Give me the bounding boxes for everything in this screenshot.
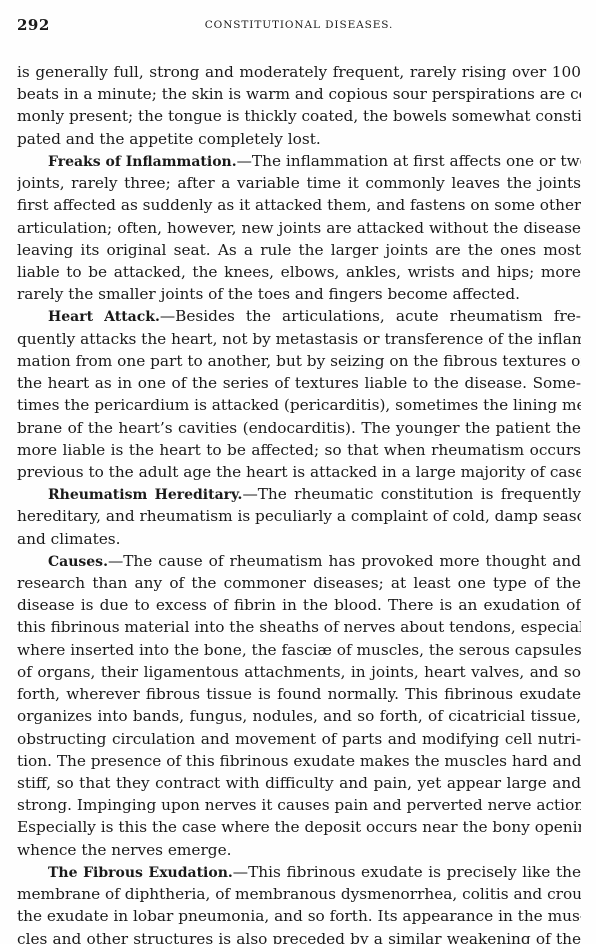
text-line: pated and the appetite completely lost. <box>17 128 581 150</box>
text-line: strong. Impinging upon nerves it causes … <box>17 794 581 816</box>
text-line: brane of the heart’s cavities (endocardi… <box>17 417 581 439</box>
text-line: and climates. <box>17 528 581 550</box>
text-line: first affected as suddenly as it attacke… <box>17 194 581 216</box>
text-run: —The rheumatic constitution is frequentl… <box>242 485 581 503</box>
text-line: disease is due to excess of fibrin in th… <box>17 594 581 616</box>
text-line: tion. The presence of this fibrinous exu… <box>17 750 581 772</box>
text-line: times the pericardium is attacked (peric… <box>17 394 581 416</box>
section-heading: Freaks of Inflammation. <box>48 154 237 170</box>
text-line: the exudate in lobar pneumonia, and so f… <box>17 905 581 927</box>
paragraph-fibrous-exudation: The Fibrous Exudation.—This fibrinous ex… <box>17 861 581 944</box>
text-line-first: The Fibrous Exudation.—This fibrinous ex… <box>17 861 581 883</box>
paragraph-freaks-of-inflammation: Freaks of Inflammation.—The inflammation… <box>17 150 581 306</box>
text-line: liable to be attacked, the knees, elbows… <box>17 261 581 283</box>
text-line-first: Freaks of Inflammation.—The inflammation… <box>17 150 581 172</box>
text-line: articulation; often, however, new joints… <box>17 217 581 239</box>
text-line-first: Causes.—The cause of rheumatism has prov… <box>17 550 581 572</box>
paragraph-rheumatism-hereditary: Rheumatism Hereditary.—The rheumatic con… <box>17 483 581 550</box>
text-line-first: Heart Attack.—Besides the articulations,… <box>17 305 581 327</box>
text-line: cles and other structures is also preced… <box>17 928 581 944</box>
section-heading: Heart Attack. <box>48 309 160 325</box>
text-run: —The cause of rheumatism has provoked mo… <box>108 552 581 570</box>
text-line: rarely the smaller joints of the toes an… <box>17 283 581 305</box>
text-line: mation from one part to another, but by … <box>17 350 581 372</box>
text-line: research than any of the commoner diseas… <box>17 572 581 594</box>
text-line: previous to the adult age the heart is a… <box>17 461 581 483</box>
text-line: of organs, their ligamentous attachments… <box>17 661 581 683</box>
text-line: leaving its original seat. As a rule the… <box>17 239 581 261</box>
text-line: Especially is this the case where the de… <box>17 816 581 838</box>
text-run: —The inflammation at first affects one o… <box>237 152 581 170</box>
text-line: monly present; the tongue is thickly coa… <box>17 105 581 127</box>
book-page: 292 CONSTITUTIONAL DISEASES. is generall… <box>0 0 596 944</box>
text-line: hereditary, and rheumatism is peculiarly… <box>17 505 581 527</box>
text-line: stiff, so that they contract with diffic… <box>17 772 581 794</box>
text-line: this fibrinous material into the sheaths… <box>17 616 581 638</box>
text-line: whence the nerves emerge. <box>17 839 581 861</box>
text-line: joints, rarely three; after a variable t… <box>17 172 581 194</box>
text-line: is generally full, strong and moderately… <box>17 61 581 83</box>
text-run: —Besides the articulations, acute rheuma… <box>160 307 581 325</box>
text-line: quently attacks the heart, not by metast… <box>17 328 581 350</box>
section-heading: The Fibrous Exudation. <box>48 865 233 881</box>
paragraph-continuation: is generally full, strong and moderately… <box>17 61 581 150</box>
text-line: obstructing circulation and movement of … <box>17 728 581 750</box>
body-text: is generally full, strong and moderately… <box>17 61 581 944</box>
text-line: beats in a minute; the skin is warm and … <box>17 83 581 105</box>
paragraph-causes: Causes.—The cause of rheumatism has prov… <box>17 550 581 861</box>
text-line: more liable is the heart to be affected;… <box>17 439 581 461</box>
paragraph-heart-attack: Heart Attack.—Besides the articulations,… <box>17 305 581 483</box>
section-heading: Causes. <box>48 554 108 570</box>
text-line: the heart as in one of the series of tex… <box>17 372 581 394</box>
text-line-first: Rheumatism Hereditary.—The rheumatic con… <box>17 483 581 505</box>
running-head: 292 CONSTITUTIONAL DISEASES. <box>17 16 581 36</box>
section-heading: Rheumatism Hereditary. <box>48 487 242 503</box>
text-line: forth, wherever fibrous tissue is found … <box>17 683 581 705</box>
text-run: —This fibrinous exudate is precisely lik… <box>233 863 581 881</box>
text-line: membrane of diphtheria, of membranous dy… <box>17 883 581 905</box>
text-line: where inserted into the bone, the fasciæ… <box>17 639 581 661</box>
text-line: organizes into bands, fungus, nodules, a… <box>17 705 581 727</box>
running-title: CONSTITUTIONAL DISEASES. <box>17 19 581 31</box>
